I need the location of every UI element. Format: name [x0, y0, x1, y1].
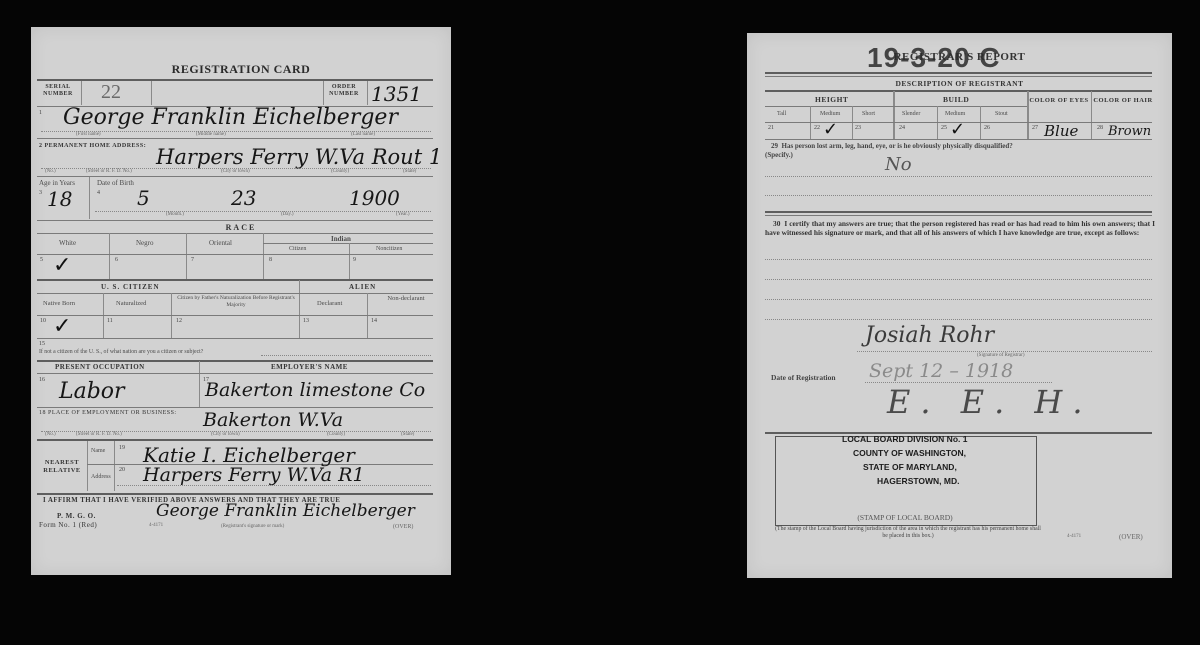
registrar-signature: Josiah Rohr — [865, 323, 994, 348]
hair-color-header: COLOR OF HAIR — [1093, 97, 1153, 105]
dob-month: 5 — [137, 186, 150, 210]
question-30-text: 30 I certify that my answers are true; t… — [765, 219, 1155, 237]
native-born-checkmark: ✓ — [53, 314, 71, 339]
registration-card-back: REGISTRAR'S REPORT 19-3-20 C DESCRIPTION… — [747, 33, 1172, 578]
hair-color-value: Brown — [1108, 124, 1151, 139]
stamp-box-label: (STAMP OF LOCAL BOARD) — [775, 513, 1035, 522]
registration-card-front: REGISTRATION CARD SERIAL NUMBER 22 ORDER… — [31, 27, 451, 575]
nearest-relative-label: NEAREST RELATIVE — [39, 459, 85, 475]
place-of-employment-label: 18 PLACE OF EMPLOYMENT OR BUSINESS: — [39, 410, 177, 416]
stamped-number: 19-3-20 C — [867, 42, 1001, 74]
form-label-pmgo: P. M. G. O. — [57, 512, 96, 520]
registrant-signature: George Franklin Eichelberger — [156, 501, 415, 521]
age-label: Age in Years — [39, 179, 75, 187]
height-header: HEIGHT — [815, 95, 848, 104]
alien-header: ALIEN — [349, 283, 376, 291]
height-medium-checkmark: ✓ — [823, 119, 838, 140]
form-label-number: Form No. 1 (Red) — [39, 521, 97, 529]
date-of-registration-label: Date of Registration — [771, 373, 836, 382]
order-number-label: ORDER NUMBER — [326, 84, 362, 98]
occupation-header: PRESENT OCCUPATION — [55, 363, 145, 371]
race-white-checkmark: ✓ — [53, 253, 71, 278]
question-29-text: 29 Has person lost arm, leg, hand, eye, … — [771, 142, 1013, 150]
order-number-value: 1351 — [371, 82, 422, 106]
eye-color-value: Blue — [1044, 122, 1078, 140]
home-address-value: Harpers Ferry W.Va Rout 1 — [156, 145, 442, 169]
dob-day: 23 — [231, 186, 256, 210]
stamp-line-3: STATE OF MARYLAND, — [863, 462, 957, 472]
nationality-question: If not a citizen of the U. S., of what n… — [39, 349, 203, 355]
date-of-registration-value: Sept 12 – 1918 — [869, 360, 1013, 382]
stamp-line-2: COUNTY OF WASHINGTON, — [853, 448, 966, 458]
serial-number-value: 22 — [101, 81, 121, 104]
employer-value: Bakerton limestone Co — [205, 379, 425, 401]
registrant-name: George Franklin Eichelberger — [63, 105, 398, 130]
stamp-instruction: (The stamp of the Local Board having jur… — [773, 526, 1043, 540]
us-citizen-header: U. S. CITIZEN — [101, 283, 160, 291]
dob-year: 1900 — [349, 186, 400, 210]
dob-label: Date of Birth — [97, 179, 134, 187]
serial-number-label: SERIAL NUMBER — [39, 84, 77, 98]
place-of-employment-value: Bakerton W.Va — [203, 409, 343, 431]
build-medium-checkmark: ✓ — [950, 119, 965, 140]
employer-header: EMPLOYER'S NAME — [271, 363, 348, 371]
stamp-line-1: LOCAL BOARD DIVISION No. 1 — [842, 434, 967, 444]
home-address-label: 2 PERMANENT HOME ADDRESS: — [39, 143, 146, 149]
stamp-line-4: HAGERSTOWN, MD. — [877, 476, 959, 486]
card-title: REGISTRATION CARD — [31, 62, 451, 77]
occupation-value: Labor — [59, 379, 125, 404]
relative-address-value: Harpers Ferry W.Va R1 — [143, 464, 365, 486]
race-header: RACE — [31, 223, 451, 232]
build-header: BUILD — [943, 95, 969, 104]
question-29-answer: No — [885, 154, 912, 175]
eye-color-header: COLOR OF EYES — [1029, 97, 1089, 105]
age-value: 18 — [47, 187, 72, 211]
registrar-initials: E. E. H. — [887, 383, 1092, 421]
description-header: DESCRIPTION OF REGISTRANT — [747, 79, 1172, 88]
